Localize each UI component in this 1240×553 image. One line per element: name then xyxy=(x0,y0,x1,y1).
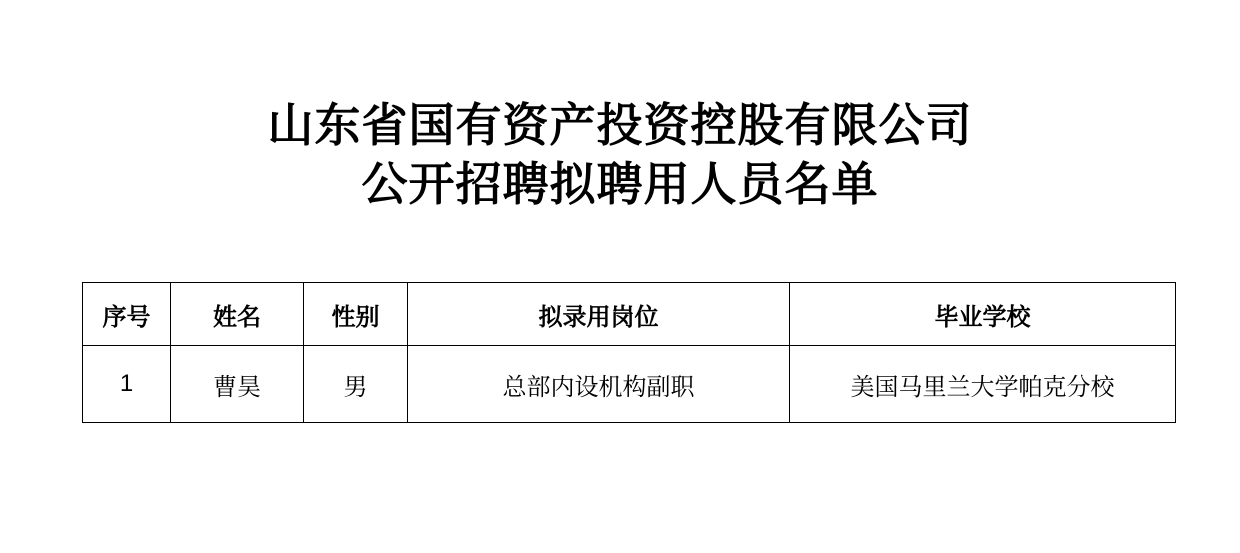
document-page: 山东省国有资产投资控股有限公司 公开招聘拟聘用人员名单 序号 姓名 性别 拟录用… xyxy=(0,0,1240,553)
header-cell-proposed-position: 拟录用岗位 xyxy=(408,283,790,346)
document-title-line2: 公开招聘拟聘用人员名单 xyxy=(0,155,1240,214)
document-title-line1: 山东省国有资产投资控股有限公司 xyxy=(0,96,1240,155)
cell-gender: 男 xyxy=(304,346,408,423)
cell-serial-number: 1 xyxy=(83,346,171,423)
table-header-row: 序号 姓名 性别 拟录用岗位 毕业学校 xyxy=(83,283,1176,346)
cell-proposed-position: 总部内设机构副职 xyxy=(408,346,790,423)
cell-graduation-school: 美国马里兰大学帕克分校 xyxy=(790,346,1176,423)
header-cell-gender: 性别 xyxy=(304,283,408,346)
header-cell-name: 姓名 xyxy=(171,283,304,346)
document-title: 山东省国有资产投资控股有限公司 公开招聘拟聘用人员名单 xyxy=(0,96,1240,214)
recruitment-roster-table: 序号 姓名 性别 拟录用岗位 毕业学校 1 曹昊 男 总部内设机构副职 美国马里… xyxy=(82,282,1176,423)
header-cell-graduation-school: 毕业学校 xyxy=(790,283,1176,346)
cell-name: 曹昊 xyxy=(171,346,304,423)
header-cell-serial-number: 序号 xyxy=(83,283,171,346)
table-row: 1 曹昊 男 总部内设机构副职 美国马里兰大学帕克分校 xyxy=(83,346,1176,423)
